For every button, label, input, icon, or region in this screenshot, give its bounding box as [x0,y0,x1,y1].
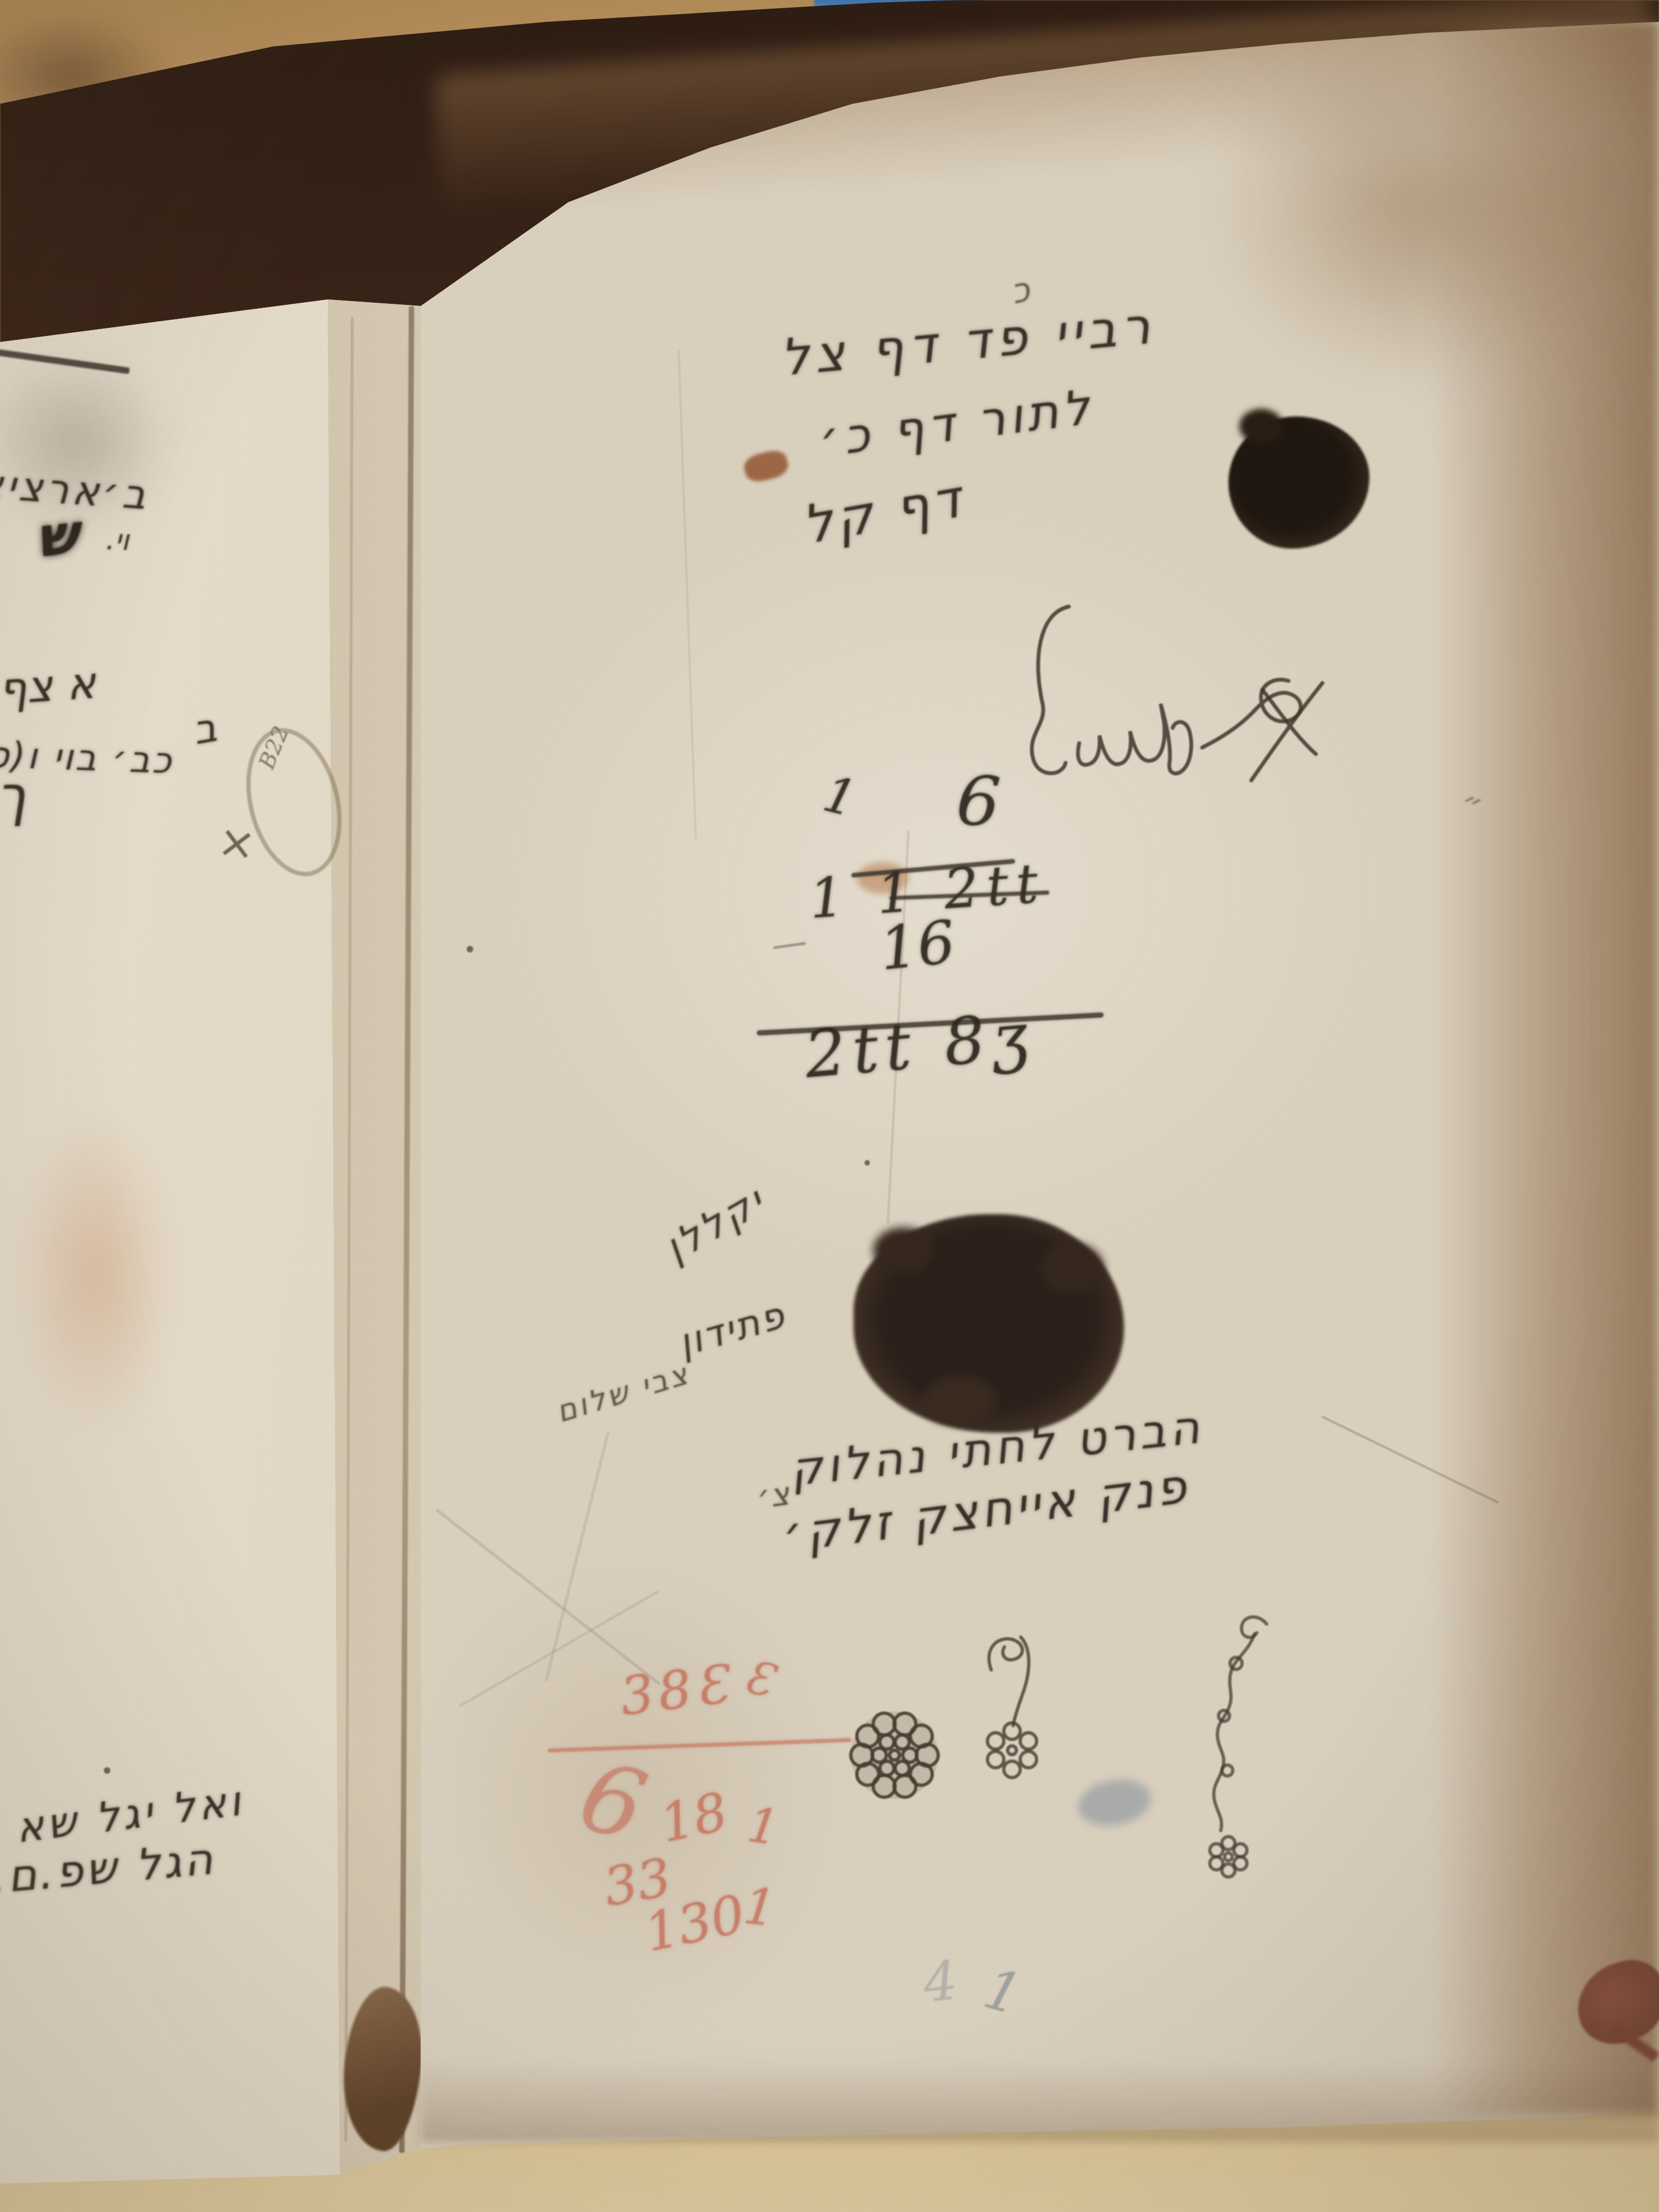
rosette-doodle-large [851,1711,938,1799]
doodles-svg [0,0,1659,2212]
signature-squiggle [1032,607,1322,780]
hanging-vine-doodle-right [1210,1617,1267,1877]
small-ink-dots [104,946,870,1774]
hanging-flower-doodle-middle [987,1637,1037,1778]
handwriting-layer: כ רביי פד דף צל לתור דף כ׳ דף קל 1 6 1 1… [0,0,1659,2212]
